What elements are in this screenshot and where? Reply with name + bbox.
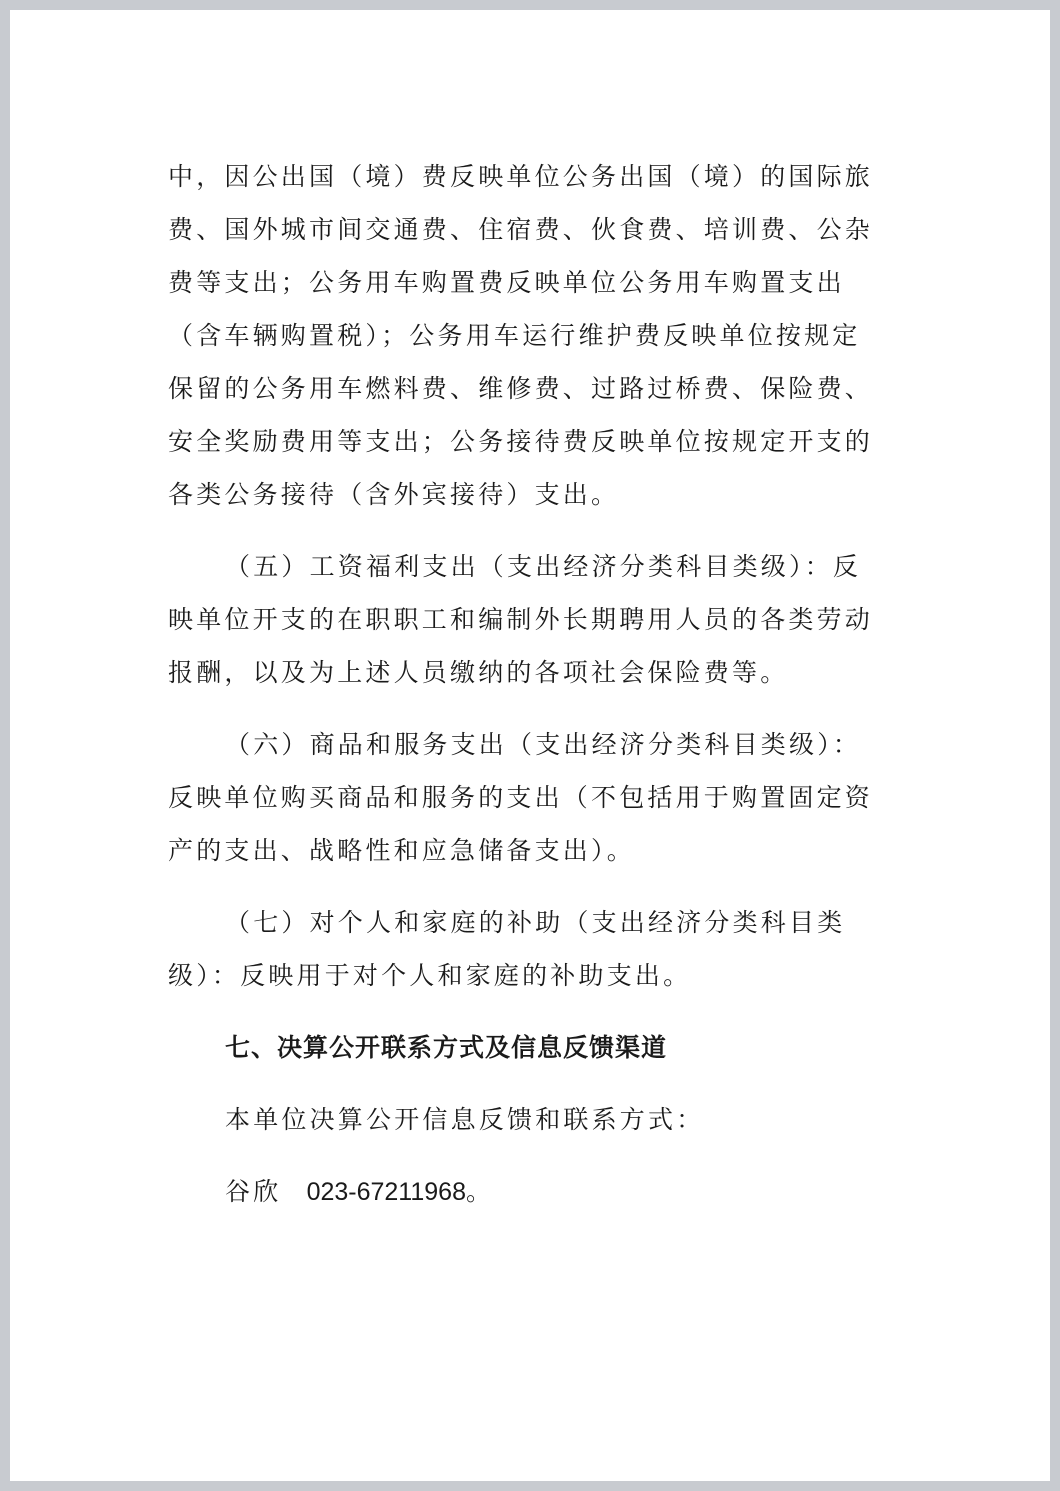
contact-name: 谷欣 (225, 1177, 281, 1206)
text-line: （五）工资福利支出（支出经济分类科目类级）：反 (168, 540, 868, 593)
document-body: 中，因公出国（境）费反映单位公务出国（境）的国际旅 费、国外城市间交通费、住宿费… (168, 150, 868, 1218)
text-line: 中，因公出国（境）费反映单位公务出国（境）的国际旅 (168, 150, 868, 203)
text-line: 安全奖励费用等支出；公务接待费反映单位按规定开支的 (168, 415, 868, 468)
paragraph-gap (168, 1002, 868, 1021)
text-line: 报酬，以及为上述人员缴纳的各项社会保险费等。 (168, 646, 868, 699)
section-heading: 七、决算公开联系方式及信息反馈渠道 (168, 1021, 868, 1074)
contact-line: 谷欣 023-67211968。 (168, 1165, 868, 1218)
paragraph-gap (168, 877, 868, 896)
paragraph-gap (168, 521, 868, 540)
paragraph-item-6-goods-services: （六）商品和服务支出（支出经济分类科目类级）： 反映单位购买商品和服务的支出（不… (168, 718, 868, 877)
paragraph-item-5-salary-welfare: （五）工资福利支出（支出经济分类科目类级）：反 映单位开支的在职职工和编制外长期… (168, 540, 868, 699)
document-page: 中，因公出国（境）费反映单位公务出国（境）的国际旅 费、国外城市间交通费、住宿费… (10, 10, 1050, 1481)
text-line: 费等支出；公务用车购置费反映单位公务用车购置支出 (168, 256, 868, 309)
paragraph-gap (168, 1074, 868, 1093)
text-line: 反映单位购买商品和服务的支出（不包括用于购置固定资 (168, 771, 868, 824)
contact-period: 。 (466, 1177, 494, 1206)
text-line: （七）对个人和家庭的补助（支出经济分类科目类 (168, 896, 868, 949)
paragraph-gap (168, 1146, 868, 1165)
text-line: 级）：反映用于对个人和家庭的补助支出。 (168, 949, 868, 1002)
paragraph-expense-definitions: 中，因公出国（境）费反映单位公务出国（境）的国际旅 费、国外城市间交通费、住宿费… (168, 150, 868, 521)
text-line: 各类公务接待（含外宾接待）支出。 (168, 468, 868, 521)
section-7-contact: 七、决算公开联系方式及信息反馈渠道 本单位决算公开信息反馈和联系方式： 谷欣 0… (168, 1021, 868, 1218)
text-line: 费、国外城市间交通费、住宿费、伙食费、培训费、公杂 (168, 203, 868, 256)
text-line: （含车辆购置税）；公务用车运行维护费反映单位按规定 (168, 309, 868, 362)
text-line: 映单位开支的在职职工和编制外长期聘用人员的各类劳动 (168, 593, 868, 646)
contact-phone: 023-67211968 (307, 1178, 466, 1206)
contact-intro: 本单位决算公开信息反馈和联系方式： (168, 1093, 868, 1146)
text-line: 保留的公务用车燃料费、维修费、过路过桥费、保险费、 (168, 362, 868, 415)
text-line: 产的支出、战略性和应急储备支出）。 (168, 824, 868, 877)
paragraph-item-7-household-subsidies: （七）对个人和家庭的补助（支出经济分类科目类 级）：反映用于对个人和家庭的补助支… (168, 896, 868, 1002)
text-line: （六）商品和服务支出（支出经济分类科目类级）： (168, 718, 868, 771)
paragraph-gap (168, 699, 868, 718)
